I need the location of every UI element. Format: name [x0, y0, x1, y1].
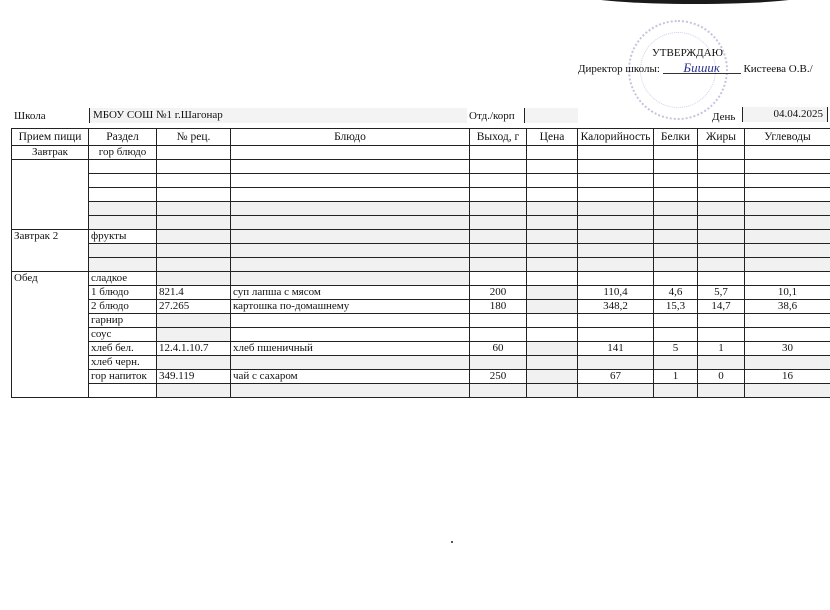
- fat-cell[interactable]: [698, 356, 745, 370]
- carbs-cell[interactable]: [745, 244, 830, 258]
- table-header-row: Прием пищиРаздел№ рец.БлюдоВыход, гЦенаК…: [12, 129, 830, 146]
- kcal-cell[interactable]: 141: [578, 342, 654, 356]
- table-row: гор напиток349.119чай с сахаром250671016: [12, 370, 830, 384]
- recipe-cell[interactable]: [157, 272, 231, 286]
- carbs-cell[interactable]: [745, 188, 830, 202]
- recipe-cell[interactable]: [157, 174, 231, 188]
- kcal-cell[interactable]: [578, 328, 654, 342]
- fat-cell[interactable]: 1: [698, 342, 745, 356]
- price-cell[interactable]: [527, 272, 578, 286]
- dept-label: Отд./корп: [469, 110, 515, 122]
- kcal-cell[interactable]: [578, 146, 654, 160]
- director-signature: Бишик: [663, 62, 741, 74]
- carbs-cell[interactable]: 30: [745, 342, 830, 356]
- column-header: Белки: [654, 129, 698, 146]
- kcal-cell[interactable]: [578, 258, 654, 272]
- kcal-cell[interactable]: [578, 216, 654, 230]
- yield-cell[interactable]: [470, 384, 527, 398]
- yield-cell[interactable]: 250: [470, 370, 527, 384]
- protein-cell[interactable]: [654, 384, 698, 398]
- carbs-cell[interactable]: [745, 216, 830, 230]
- recipe-cell[interactable]: [157, 258, 231, 272]
- column-header: Блюдо: [231, 129, 470, 146]
- kcal-cell[interactable]: [578, 272, 654, 286]
- protein-cell[interactable]: [654, 216, 698, 230]
- section-cell[interactable]: 2 блюдо: [89, 300, 157, 314]
- price-cell[interactable]: [527, 342, 578, 356]
- kcal-cell[interactable]: 67: [578, 370, 654, 384]
- section-cell[interactable]: сладкое: [89, 272, 157, 286]
- carbs-cell[interactable]: [745, 328, 830, 342]
- dish-cell[interactable]: суп лапша с мясом: [231, 286, 470, 300]
- recipe-cell[interactable]: [157, 314, 231, 328]
- table-row: [12, 188, 830, 202]
- protein-cell[interactable]: [654, 174, 698, 188]
- kcal-cell[interactable]: [578, 160, 654, 174]
- dish-cell[interactable]: [231, 258, 470, 272]
- carbs-cell[interactable]: [745, 314, 830, 328]
- yield-cell[interactable]: [470, 258, 527, 272]
- carbs-cell[interactable]: [745, 384, 830, 398]
- yield-cell[interactable]: 180: [470, 300, 527, 314]
- yield-cell[interactable]: [470, 216, 527, 230]
- fat-cell[interactable]: 14,7: [698, 300, 745, 314]
- recipe-cell[interactable]: [157, 202, 231, 216]
- recipe-cell[interactable]: [157, 356, 231, 370]
- dish-cell[interactable]: хлеб пшеничный: [231, 342, 470, 356]
- yield-cell[interactable]: [470, 202, 527, 216]
- yield-cell[interactable]: [470, 356, 527, 370]
- carbs-cell[interactable]: [745, 160, 830, 174]
- carbs-cell[interactable]: [745, 272, 830, 286]
- yield-cell[interactable]: 60: [470, 342, 527, 356]
- carbs-cell[interactable]: [745, 258, 830, 272]
- fat-cell[interactable]: [698, 188, 745, 202]
- kcal-cell[interactable]: [578, 230, 654, 244]
- director-line: Директор школы: Бишик Кистеева О.В./: [578, 62, 813, 75]
- fat-cell[interactable]: [698, 146, 745, 160]
- protein-cell[interactable]: 5: [654, 342, 698, 356]
- table-row: [12, 160, 830, 174]
- recipe-cell[interactable]: [157, 216, 231, 230]
- carbs-cell[interactable]: [745, 356, 830, 370]
- recipe-cell[interactable]: [157, 230, 231, 244]
- section-cell[interactable]: [89, 384, 157, 398]
- table-row: Завтракгор блюдо: [12, 146, 830, 160]
- kcal-cell[interactable]: 348,2: [578, 300, 654, 314]
- carbs-cell[interactable]: [745, 230, 830, 244]
- column-header: Прием пищи: [12, 129, 89, 146]
- section-cell[interactable]: гарнир: [89, 314, 157, 328]
- protein-cell[interactable]: 15,3: [654, 300, 698, 314]
- fat-cell[interactable]: [698, 174, 745, 188]
- dish-cell[interactable]: [231, 146, 470, 160]
- kcal-cell[interactable]: [578, 174, 654, 188]
- meal-cell: Завтрак: [12, 146, 89, 160]
- kcal-cell[interactable]: [578, 202, 654, 216]
- table-row: [12, 258, 830, 272]
- protein-cell[interactable]: [654, 314, 698, 328]
- column-header: Жиры: [698, 129, 745, 146]
- recipe-cell[interactable]: 821.4: [157, 286, 231, 300]
- school-label: Школа: [14, 110, 46, 122]
- fat-cell[interactable]: [698, 216, 745, 230]
- price-cell[interactable]: [527, 328, 578, 342]
- section-cell[interactable]: соус: [89, 328, 157, 342]
- school-field[interactable]: МБОУ СОШ №1 г.Шагонар: [89, 108, 467, 123]
- section-cell[interactable]: гор блюдо: [89, 146, 157, 160]
- recipe-cell[interactable]: [157, 244, 231, 258]
- table-row: [12, 174, 830, 188]
- dish-cell[interactable]: [231, 216, 470, 230]
- price-cell[interactable]: [527, 188, 578, 202]
- table-row: Завтрак 2фрукты: [12, 230, 830, 244]
- recipe-cell[interactable]: 12.4.1.10.7: [157, 342, 231, 356]
- price-cell[interactable]: [527, 174, 578, 188]
- table-row: соус: [12, 328, 830, 342]
- fat-cell[interactable]: [698, 328, 745, 342]
- recipe-cell[interactable]: [157, 328, 231, 342]
- dish-cell[interactable]: [231, 174, 470, 188]
- recipe-cell[interactable]: [157, 188, 231, 202]
- fat-cell[interactable]: [698, 272, 745, 286]
- table-row: 1 блюдо821.4суп лапша с мясом200110,44,6…: [12, 286, 830, 300]
- dish-cell[interactable]: [231, 244, 470, 258]
- fat-cell[interactable]: 5,7: [698, 286, 745, 300]
- scan-edge-shadow: [585, 0, 805, 4]
- kcal-cell[interactable]: [578, 188, 654, 202]
- section-cell[interactable]: [89, 160, 157, 174]
- recipe-cell[interactable]: [157, 384, 231, 398]
- carbs-cell[interactable]: [745, 202, 830, 216]
- table-row: [12, 244, 830, 258]
- section-cell[interactable]: [89, 188, 157, 202]
- section-cell[interactable]: [89, 244, 157, 258]
- yield-cell[interactable]: [470, 272, 527, 286]
- price-cell[interactable]: [527, 146, 578, 160]
- kcal-cell[interactable]: [578, 356, 654, 370]
- section-cell[interactable]: хлеб бел.: [89, 342, 157, 356]
- section-cell[interactable]: фрукты: [89, 230, 157, 244]
- price-cell[interactable]: [527, 314, 578, 328]
- section-cell[interactable]: [89, 202, 157, 216]
- meal-cell: Обед: [12, 272, 89, 398]
- approval-title: УТВЕРЖДАЮ: [652, 47, 723, 59]
- meal-cell: [12, 160, 89, 230]
- table-row: хлеб бел.12.4.1.10.7хлеб пшеничный601415…: [12, 342, 830, 356]
- yield-cell[interactable]: [470, 174, 527, 188]
- section-cell[interactable]: хлеб черн.: [89, 356, 157, 370]
- yield-cell[interactable]: [470, 146, 527, 160]
- protein-cell[interactable]: 4,6: [654, 286, 698, 300]
- recipe-cell[interactable]: 27.265: [157, 300, 231, 314]
- price-cell[interactable]: [527, 286, 578, 300]
- dish-cell[interactable]: [231, 202, 470, 216]
- price-cell[interactable]: [527, 258, 578, 272]
- table-row: хлеб черн.: [12, 356, 830, 370]
- carbs-cell[interactable]: 38,6: [745, 300, 830, 314]
- kcal-cell[interactable]: 110,4: [578, 286, 654, 300]
- scan-speck: [451, 541, 453, 543]
- fat-cell[interactable]: [698, 230, 745, 244]
- price-cell[interactable]: [527, 230, 578, 244]
- carbs-cell[interactable]: [745, 174, 830, 188]
- price-cell[interactable]: [527, 244, 578, 258]
- table-row: [12, 384, 830, 398]
- yield-cell[interactable]: [470, 328, 527, 342]
- price-cell[interactable]: [527, 356, 578, 370]
- table-row: Обедсладкое: [12, 272, 830, 286]
- dish-cell[interactable]: [231, 384, 470, 398]
- fat-cell[interactable]: [698, 314, 745, 328]
- protein-cell[interactable]: [654, 188, 698, 202]
- section-cell[interactable]: 1 блюдо: [89, 286, 157, 300]
- kcal-cell[interactable]: [578, 384, 654, 398]
- recipe-cell[interactable]: 349.119: [157, 370, 231, 384]
- protein-cell[interactable]: [654, 202, 698, 216]
- dish-cell[interactable]: [231, 272, 470, 286]
- yield-cell[interactable]: [470, 230, 527, 244]
- price-cell[interactable]: [527, 160, 578, 174]
- protein-cell[interactable]: [654, 258, 698, 272]
- protein-cell[interactable]: [654, 272, 698, 286]
- protein-cell[interactable]: [654, 244, 698, 258]
- protein-cell[interactable]: [654, 146, 698, 160]
- price-cell[interactable]: [527, 216, 578, 230]
- price-cell[interactable]: [527, 370, 578, 384]
- table-row: 2 блюдо27.265картошка по-домашнему180348…: [12, 300, 830, 314]
- protein-cell[interactable]: [654, 230, 698, 244]
- section-cell[interactable]: [89, 174, 157, 188]
- dish-cell[interactable]: картошка по-домашнему: [231, 300, 470, 314]
- section-cell[interactable]: гор напиток: [89, 370, 157, 384]
- section-cell[interactable]: [89, 258, 157, 272]
- fat-cell[interactable]: [698, 202, 745, 216]
- fat-cell[interactable]: 0: [698, 370, 745, 384]
- kcal-cell[interactable]: [578, 314, 654, 328]
- carbs-cell[interactable]: 10,1: [745, 286, 830, 300]
- protein-cell[interactable]: 1: [654, 370, 698, 384]
- price-cell[interactable]: [527, 300, 578, 314]
- price-cell[interactable]: [527, 384, 578, 398]
- carbs-cell[interactable]: 16: [745, 370, 830, 384]
- protein-cell[interactable]: [654, 160, 698, 174]
- dish-cell[interactable]: [231, 328, 470, 342]
- recipe-cell[interactable]: [157, 146, 231, 160]
- yield-cell[interactable]: [470, 160, 527, 174]
- yield-cell[interactable]: [470, 314, 527, 328]
- recipe-cell[interactable]: [157, 160, 231, 174]
- day-field[interactable]: 04.04.2025: [742, 107, 828, 122]
- protein-cell[interactable]: [654, 328, 698, 342]
- table-row: гарнир: [12, 314, 830, 328]
- table-row: [12, 216, 830, 230]
- protein-cell[interactable]: [654, 356, 698, 370]
- yield-cell[interactable]: 200: [470, 286, 527, 300]
- dish-cell[interactable]: [231, 314, 470, 328]
- fat-cell[interactable]: [698, 384, 745, 398]
- section-cell[interactable]: [89, 216, 157, 230]
- dish-cell[interactable]: [231, 188, 470, 202]
- dish-cell[interactable]: [231, 356, 470, 370]
- column-header: Калорийность: [578, 129, 654, 146]
- yield-cell[interactable]: [470, 244, 527, 258]
- fat-cell[interactable]: [698, 160, 745, 174]
- dish-cell[interactable]: [231, 160, 470, 174]
- table-row: [12, 202, 830, 216]
- kcal-cell[interactable]: [578, 244, 654, 258]
- fat-cell[interactable]: [698, 244, 745, 258]
- day-label: День: [712, 111, 735, 123]
- dish-cell[interactable]: чай с сахаром: [231, 370, 470, 384]
- column-header: Раздел: [89, 129, 157, 146]
- meal-cell: Завтрак 2: [12, 230, 89, 272]
- yield-cell[interactable]: [470, 188, 527, 202]
- column-header: Цена: [527, 129, 578, 146]
- column-header: Углеводы: [745, 129, 830, 146]
- column-header: № рец.: [157, 129, 231, 146]
- dept-field[interactable]: [524, 108, 578, 123]
- price-cell[interactable]: [527, 202, 578, 216]
- dish-cell[interactable]: [231, 230, 470, 244]
- carbs-cell[interactable]: [745, 146, 830, 160]
- menu-table: Прием пищиРаздел№ рец.БлюдоВыход, гЦенаК…: [11, 128, 830, 398]
- column-header: Выход, г: [470, 129, 527, 146]
- director-name: Кистеева О.В./: [743, 63, 812, 75]
- fat-cell[interactable]: [698, 258, 745, 272]
- director-label: Директор школы:: [578, 63, 660, 75]
